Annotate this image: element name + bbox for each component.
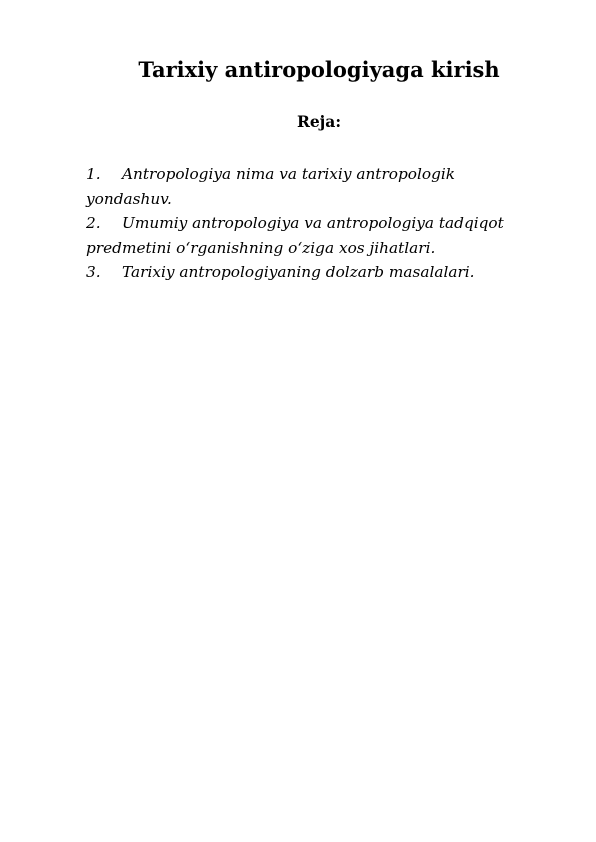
- plan-item-number: 2.: [86, 211, 122, 236]
- plan-item-text: Antropologiya nima va tarixiy antropolog…: [86, 165, 455, 208]
- plan-item-text: Umumiy antropologiya va antropologiya ta…: [86, 214, 504, 257]
- document-title: Tarixiy antiropologiyaga kirish: [0, 55, 596, 85]
- plan-item-number: 3.: [86, 260, 122, 285]
- plan-heading: Reja:: [0, 110, 596, 134]
- plan-item-number: 1.: [86, 162, 122, 187]
- plan-item: 2.Umumiy antropologiya va antropologiya …: [86, 211, 526, 260]
- document-page: Tarixiy antiropologiyaga kirish Reja: 1.…: [0, 0, 596, 842]
- plan-item-text: Tarixiy antropologiyaning dolzarb masala…: [122, 263, 475, 281]
- plan-item: 1.Antropologiya nima va tarixiy antropol…: [86, 162, 526, 211]
- plan-list: 1.Antropologiya nima va tarixiy antropol…: [86, 162, 526, 285]
- plan-item: 3.Tarixiy antropologiyaning dolzarb masa…: [86, 260, 526, 285]
